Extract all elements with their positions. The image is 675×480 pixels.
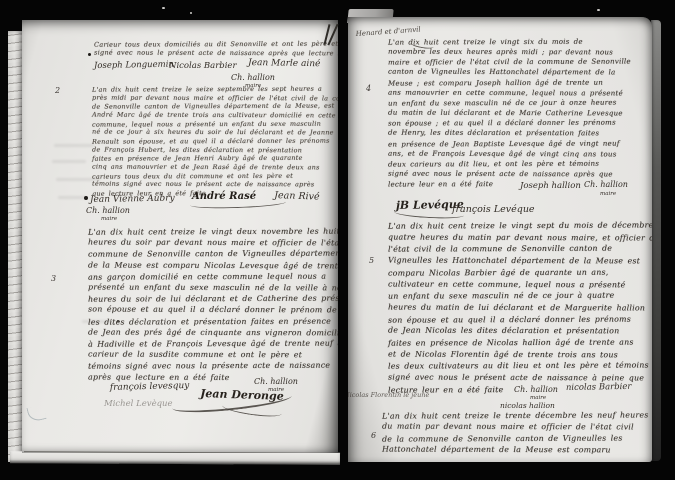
manuscript-line: son épouse et au quel il a déclaré donne… (88, 304, 338, 316)
signature: Jean Vienne Aubry (90, 194, 175, 205)
bottom-edge-line (24, 451, 336, 453)
signature: Ch. hallion (231, 73, 275, 82)
signature: Ch. hallion (254, 377, 298, 386)
signature: Joseph Longuemin (94, 60, 174, 71)
signature: nicolas hallion (500, 401, 555, 410)
birth-record-entry: 4 L'an dix huit cent treize le vingt six… (348, 37, 652, 219)
signature: Michel Levèque (104, 399, 173, 409)
manuscript-line: cinq ans manouvrier et de Jean Rasé âgé … (92, 162, 338, 172)
manuscript-line: de la Meuse est comparu Nicolas Levesque… (88, 259, 338, 271)
manuscript-line: de Jean des prés âgé de cinquante ans vi… (88, 326, 338, 338)
signature: Ch. hallion (514, 385, 558, 394)
signature: Ch. hallion (86, 206, 130, 215)
margin-number: 6 (371, 431, 376, 440)
signature: Jean Marle ainé (248, 58, 320, 69)
signature: maire (101, 216, 117, 222)
manuscript-line: Vigneulles les Hattonchatel département … (388, 255, 652, 268)
signature: maire (600, 191, 616, 197)
left-page: Carieur tous deux domiciliés au dit Seno… (22, 20, 338, 453)
manuscript-line: André Marc âgé de trente trois ans culti… (92, 110, 338, 120)
signature: françois Levéque (452, 204, 535, 215)
signature: nicolas Barbier (566, 382, 632, 393)
manuscript-line: de Jean Nicolas les dites déclaration et… (388, 325, 652, 338)
birth-record-entry: 2 L'an dix huit cent treize le seize sep… (22, 83, 338, 223)
birth-record-entry: 3 L'an dix huit cent treize le vingt deu… (22, 226, 338, 426)
manuscript-line: Meuse ; est comparu Joseph hallion âgé d… (388, 77, 631, 88)
manuscript-line: signé avec nous le présent acte de naiss… (94, 48, 338, 58)
margin-number: 4 (366, 84, 371, 93)
manuscript-line: faites en présence de Nicolas hallion âg… (388, 336, 652, 349)
scanned-register-spread: Carieur tous deux domiciliés au dit Seno… (0, 0, 675, 480)
manuscript-line: canton de Vigneulles les Hattonchatel dé… (388, 67, 631, 78)
manuscript-line: témoins signé avec nous la présente acte… (88, 360, 338, 373)
ink-blot (84, 196, 88, 200)
signature: françois levesquy (110, 381, 190, 393)
right-page-stack-edge (651, 20, 661, 461)
signature: Ch. hallion (584, 180, 628, 189)
manuscript-line: de Henry, les dites déclaration et prése… (388, 128, 631, 139)
birth-record-entry: Carieur tous deux domiciliés au dit Seno… (22, 40, 338, 84)
manuscript-line: après que lecture en a été faite (88, 371, 338, 383)
signature: Joseph hallion (520, 181, 581, 191)
margin-number: 5 (369, 256, 374, 265)
margin-number: 3 (51, 274, 56, 283)
dust-speck (597, 9, 600, 11)
manuscript-line: Hattonchatel département de la Meuse est… (382, 444, 649, 456)
manuscript-line: du matin par devant nous maire et offici… (382, 421, 649, 433)
margin-number: 2 (55, 86, 60, 95)
manuscript-line: comparu Nicolas Barbier âgé de quarante … (388, 266, 652, 279)
right-page: Henard et d'arnvil 4 L'an dix huit cent … (348, 17, 652, 462)
dust-speck (190, 12, 192, 14)
dust-speck (162, 7, 165, 9)
manuscript-line: en présence de Jean Baptiste Levesque âg… (388, 138, 631, 149)
manuscript-line: heures du matin de lui déclarant et de M… (388, 301, 652, 314)
manuscript-line: L'an dix huit cent treize le vingt sept … (388, 219, 652, 232)
signature: Nicolas Florentin le jeune (348, 391, 429, 399)
signature: Nicolas Barbier (169, 61, 237, 71)
bottom-page-stack-edge (10, 451, 340, 464)
manuscript-line: commune de Senonville canton de Vigneull… (88, 248, 338, 261)
birth-record-entry: 6 L'an dix huit cent treize le trente dé… (348, 410, 652, 462)
birth-record-entry: 5 L'an dix huit cent treize le vingt sep… (348, 220, 652, 415)
manuscript-line: un enfant du sexe masculin né de ce jour… (388, 290, 652, 303)
